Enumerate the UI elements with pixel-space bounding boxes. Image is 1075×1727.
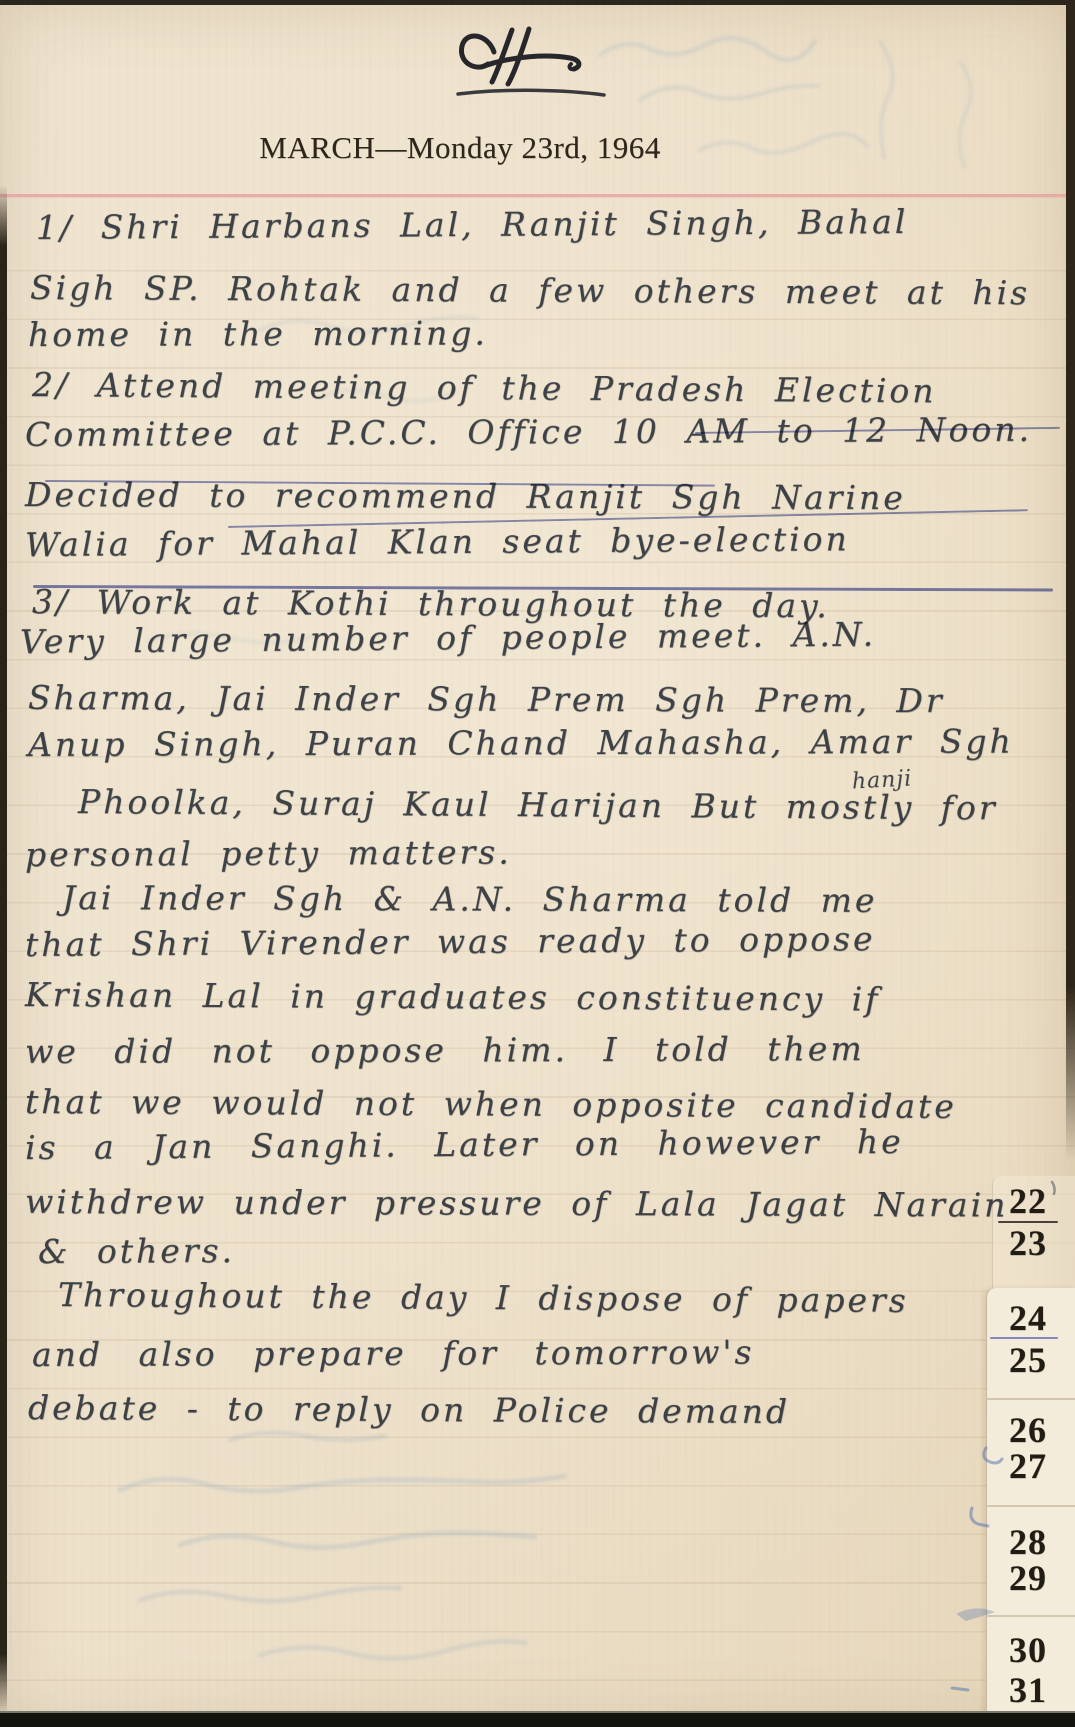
diary-page: MARCH—Monday 23rd, 1964 1/ Shri Harbans … [0, 0, 1075, 1727]
handwriting-line: & others. [38, 1234, 235, 1268]
date-tab-number: 28 [1000, 1524, 1056, 1560]
handwriting-line: Jai Inder Sgh & A.N. Sharma told me [62, 881, 878, 917]
tab-cut-line [987, 1398, 1075, 1400]
handwriting-line: 2/ Attend meeting of the Pradesh Electio… [32, 368, 937, 407]
tab-cut-line [987, 1615, 1075, 1617]
page-title: MARCH—Monday 23rd, 1964 [200, 131, 720, 165]
date-tab-number: 23 [1000, 1225, 1056, 1261]
handwriting-line: we did not oppose him. I told them [25, 1032, 865, 1068]
scan-edge-top [0, 0, 1075, 5]
handwriting-line: home in the morning. [28, 316, 488, 351]
date-tab-number: 31 [1000, 1672, 1056, 1708]
tab-divider-printed [998, 1221, 1058, 1223]
monogram-signature [428, 22, 618, 102]
handwriting-line: and also prepare for tomorrow's [32, 1335, 755, 1371]
interline-note: hanji [851, 768, 912, 793]
handwriting-line: that Shri Virender was ready to oppose [25, 922, 876, 961]
date-tab-number: 30 [1000, 1632, 1056, 1668]
handwriting-line: Throughout the day I dispose of papers [58, 1278, 909, 1317]
date-tab-number: 26 [1000, 1412, 1056, 1448]
handwriting-line: Krishan Lal in graduates constituency if [25, 978, 881, 1015]
handwriting-line: personal petty matters. [25, 835, 512, 871]
date-tab-number: 25 [1000, 1342, 1056, 1378]
date-tab-number: 29 [1000, 1560, 1056, 1596]
handwriting-line: Walia for Mahal Klan seat bye-election [25, 522, 850, 561]
header-divider [0, 194, 1075, 197]
date-tab-number: 27 [1000, 1448, 1056, 1484]
handwriting-line: Sigh SP. Rohtak and a few others meet at… [30, 271, 1030, 309]
handwriting-line: Very large number of people meet. A.N. [20, 618, 876, 658]
scan-edge-right [1066, 0, 1075, 1160]
scan-edge-left [0, 185, 7, 1715]
date-tab-number: 22 [1000, 1183, 1056, 1219]
scan-edge-bottom [0, 1711, 1075, 1727]
handwriting-line: is a Jan Sanghi. Later on however he [25, 1125, 904, 1164]
handwriting-line: that we would not when opposite candidat… [25, 1085, 957, 1123]
handwriting-line: 1/ Shri Harbans Lal, Ranjit Singh, Bahal [36, 205, 909, 244]
tab-cut-line [987, 1505, 1075, 1507]
handwriting-line: debate - to reply on Police demand [28, 1391, 790, 1428]
handwriting-line: Committee at P.C.C. Office 10 AM to 12 N… [25, 413, 1032, 451]
handwriting-line: Anup Singh, Puran Chand Mahasha, Amar Sg… [28, 725, 1014, 761]
handwriting-line: withdrew under pressure of Lala Jagat Na… [25, 1185, 1008, 1221]
date-tab-number: 24 [1000, 1300, 1056, 1336]
handwriting-line: Sharma, Jai Inder Sgh Prem Sgh Prem, Dr [28, 681, 945, 717]
